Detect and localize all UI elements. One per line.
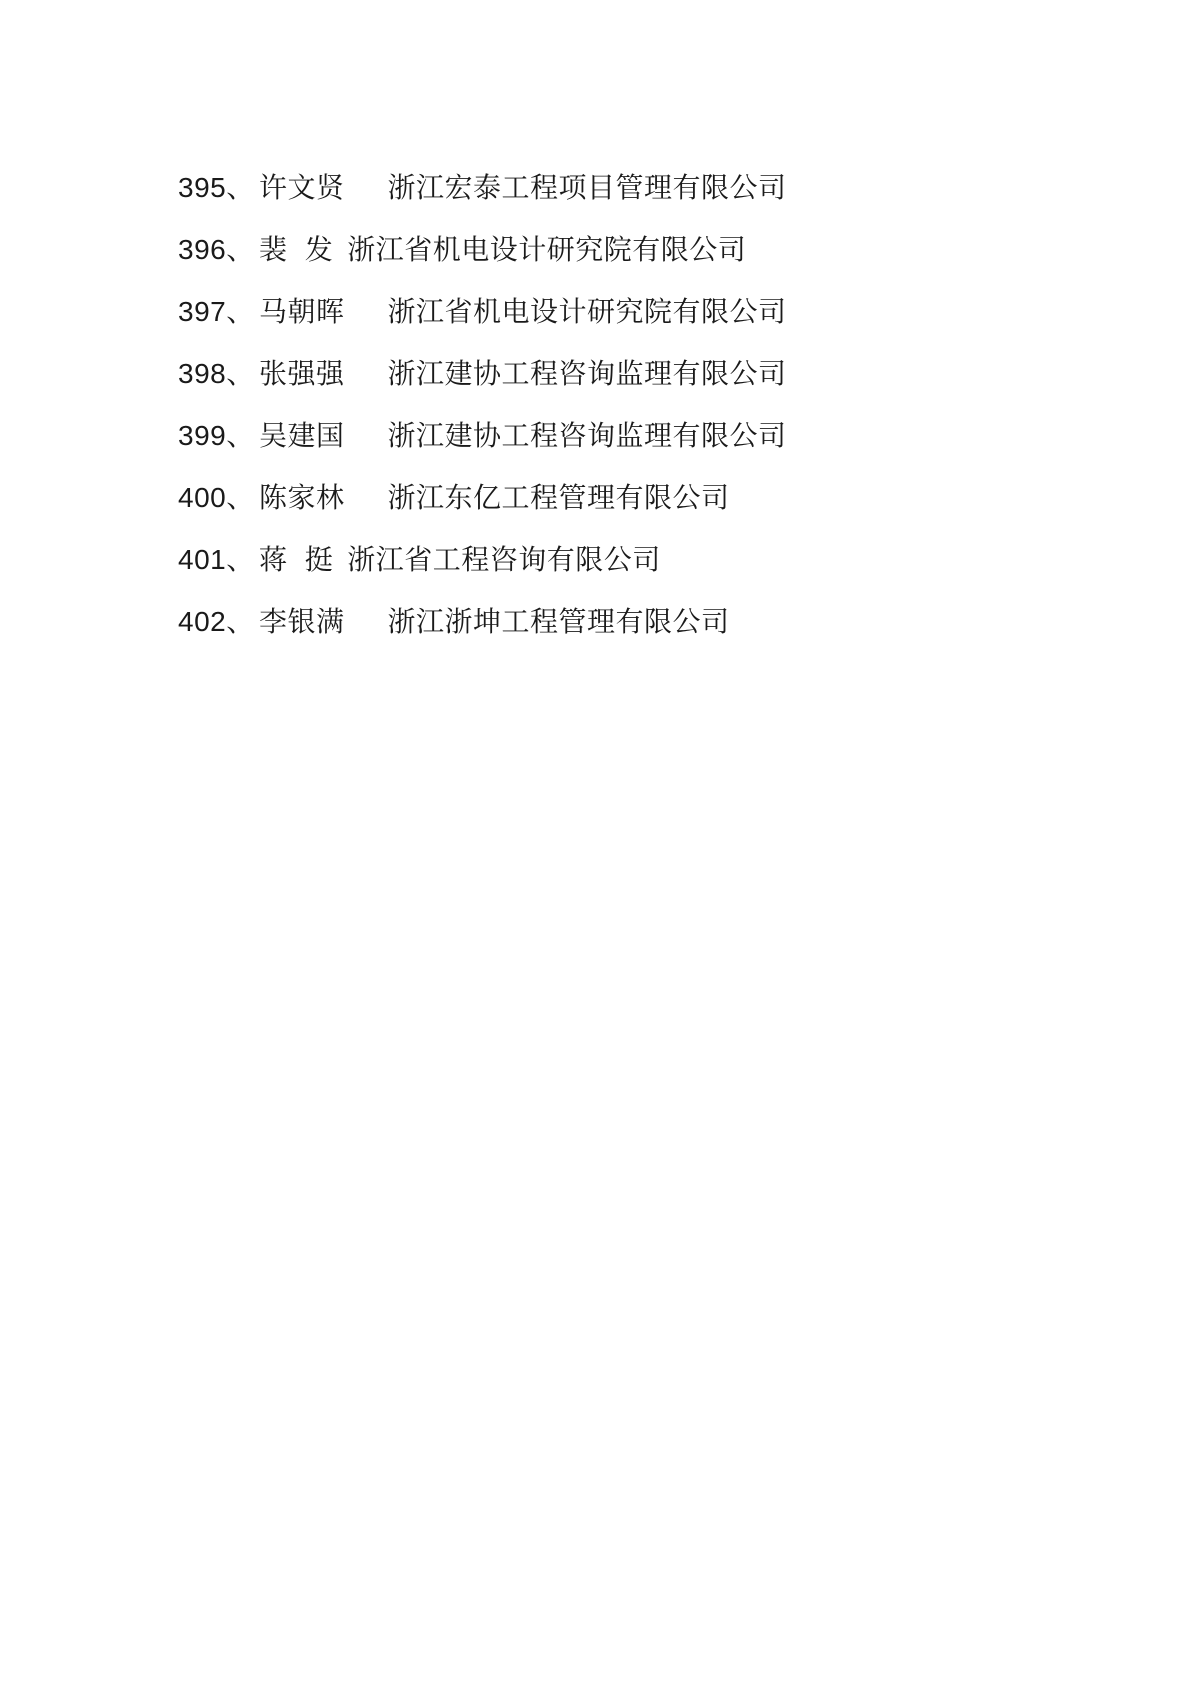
entry-number: 398、	[178, 352, 259, 392]
person-name: 裴 发	[259, 228, 333, 268]
entry-number: 397、	[178, 290, 259, 330]
list-item: 399、吴建国浙江建协工程咨询监理有限公司	[178, 403, 1130, 465]
list-item: 402、李银满浙江浙坤工程管理有限公司	[178, 589, 1130, 651]
person-name: 吴建国	[259, 414, 345, 454]
company-name: 浙江宏泰工程项目管理有限公司	[388, 166, 787, 206]
person-name: 张强强	[259, 352, 345, 392]
entry-number: 396、	[178, 228, 259, 268]
list-item: 395、许文贤浙江宏泰工程项目管理有限公司	[178, 155, 1130, 217]
entry-number: 399、	[178, 414, 259, 454]
entry-number: 400、	[178, 476, 259, 516]
list-item: 401、蒋 挺浙江省工程咨询有限公司	[178, 527, 1130, 589]
company-name: 浙江东亿工程管理有限公司	[388, 476, 730, 516]
person-name: 许文贤	[259, 166, 345, 206]
document-page: 395、许文贤浙江宏泰工程项目管理有限公司396、裴 发浙江省机电设计研究院有限…	[0, 0, 1190, 1683]
company-name: 浙江省机电设计研究院有限公司	[388, 290, 787, 330]
name-company-list: 395、许文贤浙江宏泰工程项目管理有限公司396、裴 发浙江省机电设计研究院有限…	[178, 155, 1130, 651]
company-name: 浙江省工程咨询有限公司	[347, 538, 661, 578]
company-name: 浙江建协工程咨询监理有限公司	[388, 352, 787, 392]
entry-number: 401、	[178, 538, 259, 578]
list-item: 397、马朝晖浙江省机电设计研究院有限公司	[178, 279, 1130, 341]
company-name: 浙江浙坤工程管理有限公司	[388, 600, 730, 640]
person-name: 马朝晖	[259, 290, 345, 330]
company-name: 浙江建协工程咨询监理有限公司	[388, 414, 787, 454]
person-name: 李银满	[259, 600, 345, 640]
entry-number: 395、	[178, 166, 259, 206]
list-item: 398、张强强浙江建协工程咨询监理有限公司	[178, 341, 1130, 403]
person-name: 陈家林	[259, 476, 345, 516]
company-name: 浙江省机电设计研究院有限公司	[347, 228, 746, 268]
entry-number: 402、	[178, 600, 259, 640]
list-item: 396、裴 发浙江省机电设计研究院有限公司	[178, 217, 1130, 279]
list-item: 400、陈家林浙江东亿工程管理有限公司	[178, 465, 1130, 527]
person-name: 蒋 挺	[259, 538, 333, 578]
